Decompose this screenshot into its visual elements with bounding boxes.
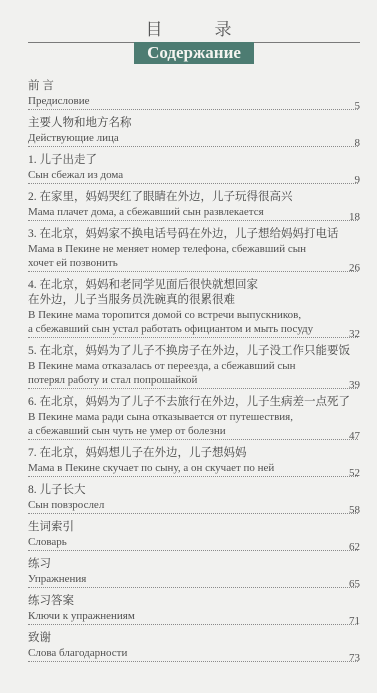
entry-title-russian: Ключи к упражнениям	[28, 609, 349, 623]
dot-leader-row: Упражнения65	[28, 572, 358, 588]
entry-title-chinese: 8. 儿子长大	[28, 483, 358, 498]
entry-title-chinese: 前 言	[28, 79, 358, 94]
page-number: 65	[349, 577, 360, 591]
entry-title-russian: а сбежавший сын чуть не умер от болезни	[28, 424, 349, 438]
entry-title-russian: В Пекине мама торопится домой со встречи…	[28, 308, 358, 322]
entry-title-chinese: 6. 在北京，妈妈为了儿子不去旅行在外边，儿子生病差一点死了	[28, 395, 358, 410]
entry-title-chinese: 练习	[28, 557, 358, 572]
dot-leader-row: Предисловие5	[28, 94, 358, 110]
dot-leader-row: Мама плачет дома, а сбежавший сын развле…	[28, 205, 358, 221]
toc-entry: 练习Упражнения65	[28, 557, 358, 588]
dot-leader-row: потерял работу и стал попрошайкой39	[28, 373, 358, 389]
dot-leader-row: Слова благодарности73	[28, 646, 358, 662]
page-number: 73	[349, 651, 360, 665]
dot-leader-row: а сбежавший сын устал работать официанто…	[28, 322, 358, 338]
toc-page: 目录 Содержание 前 言Предисловие5主要人物和地方名称Де…	[0, 0, 377, 693]
page-number: 58	[349, 503, 360, 517]
page-number: 8	[355, 136, 361, 150]
entry-title-russian: Сын повзрослел	[28, 498, 349, 512]
toc-entry: 4. 在北京，妈妈和老同学见面后很快就想回家在外边，儿子当服务员洗碗真的很累很难…	[28, 278, 358, 338]
toc-entry: 1. 儿子出走了Сын сбежал из дома9	[28, 153, 358, 184]
toc-entry: 生词索引Словарь62	[28, 520, 358, 551]
entry-title-russian: Действующие лица	[28, 131, 355, 145]
entry-title-russian: Слова благодарности	[28, 646, 349, 660]
dot-leader-row: а сбежавший сын чуть не умер от болезни4…	[28, 424, 358, 440]
dot-leader-row: Словарь62	[28, 535, 358, 551]
toc-entry: 8. 儿子长大Сын повзрослел58	[28, 483, 358, 514]
entry-title-chinese: 5. 在北京，妈妈为了儿子不换房子在外边，儿子没工作只能要饭	[28, 344, 358, 359]
page-number: 47	[349, 429, 360, 443]
entry-title-chinese: 在外边，儿子当服务员洗碗真的很累很难	[28, 293, 358, 308]
dot-leader-row: хочет ей позвонить26	[28, 256, 358, 272]
title-chinese: 目录	[0, 20, 377, 40]
page-number: 5	[355, 99, 361, 113]
entry-title-chinese: 练习答案	[28, 594, 358, 609]
toc-entry: 7. 在北京，妈妈想儿子在外边，儿子想妈妈Мама в Пекине скуча…	[28, 446, 358, 477]
toc-entry: 前 言Предисловие5	[28, 79, 358, 110]
page-number: 39	[349, 378, 360, 392]
dot-leader-row: Сын сбежал из дома9	[28, 168, 358, 184]
dot-leader-row: Ключи к упражнениям71	[28, 609, 358, 625]
title-russian: Содержание	[134, 42, 254, 64]
entry-title-russian: Мама в Пекине скучает по сыну, а он скуч…	[28, 461, 349, 475]
toc-entry: 5. 在北京，妈妈为了儿子不换房子在外边，儿子没工作只能要饭В Пекине м…	[28, 344, 358, 389]
page-number: 18	[349, 210, 360, 224]
toc-entry: 致谢Слова благодарности73	[28, 631, 358, 662]
page-number: 52	[349, 466, 360, 480]
page-number: 32	[349, 327, 360, 341]
dot-leader-row: Сын повзрослел58	[28, 498, 358, 514]
entry-title-chinese: 3. 在北京，妈妈家不换电话号码在外边，儿子想给妈妈打电话	[28, 227, 358, 242]
entry-title-russian: Предисловие	[28, 94, 355, 108]
entry-title-russian: Сын сбежал из дома	[28, 168, 355, 182]
entry-title-chinese: 2. 在家里，妈妈哭红了眼睛在外边，儿子玩得很高兴	[28, 190, 358, 205]
toc-entry: 3. 在北京，妈妈家不换电话号码在外边，儿子想给妈妈打电话Мама в Пеки…	[28, 227, 358, 272]
page-number: 9	[355, 173, 361, 187]
page-number: 26	[349, 261, 360, 275]
entry-title-russian: Мама в Пекине не меняет номер телефона, …	[28, 242, 358, 256]
toc-entry: 6. 在北京，妈妈为了儿子不去旅行在外边，儿子生病差一点死了В Пекине м…	[28, 395, 358, 440]
entry-title-russian: хочет ей позвонить	[28, 256, 349, 270]
toc-entry: 练习答案Ключи к упражнениям71	[28, 594, 358, 625]
entry-title-chinese: 7. 在北京，妈妈想儿子在外边，儿子想妈妈	[28, 446, 358, 461]
table-of-contents: 前 言Предисловие5主要人物和地方名称Действующие лица…	[28, 79, 358, 668]
entry-title-chinese: 主要人物和地方名称	[28, 116, 358, 131]
entry-title-chinese: 致谢	[28, 631, 358, 646]
toc-entry: 主要人物和地方名称Действующие лица8	[28, 116, 358, 147]
entry-title-russian: Упражнения	[28, 572, 349, 586]
entry-title-russian: В Пекине мама отказалась от переезда, а …	[28, 359, 358, 373]
page-number: 62	[349, 540, 360, 554]
entry-title-russian: а сбежавший сын устал работать официанто…	[28, 322, 349, 336]
entry-title-russian: В Пекине мама ради сына отказывается от …	[28, 410, 358, 424]
toc-entry: 2. 在家里，妈妈哭红了眼睛在外边，儿子玩得很高兴Мама плачет дом…	[28, 190, 358, 221]
dot-leader-row: Мама в Пекине скучает по сыну, а он скуч…	[28, 461, 358, 477]
entry-title-russian: Мама плачет дома, а сбежавший сын развле…	[28, 205, 349, 219]
entry-title-chinese: 1. 儿子出走了	[28, 153, 358, 168]
entry-title-chinese: 4. 在北京，妈妈和老同学见面后很快就想回家	[28, 278, 358, 293]
entry-title-chinese: 生词索引	[28, 520, 358, 535]
page-number: 71	[349, 614, 360, 628]
entry-title-russian: Словарь	[28, 535, 349, 549]
dot-leader-row: Действующие лица8	[28, 131, 358, 147]
entry-title-russian: потерял работу и стал попрошайкой	[28, 373, 349, 387]
